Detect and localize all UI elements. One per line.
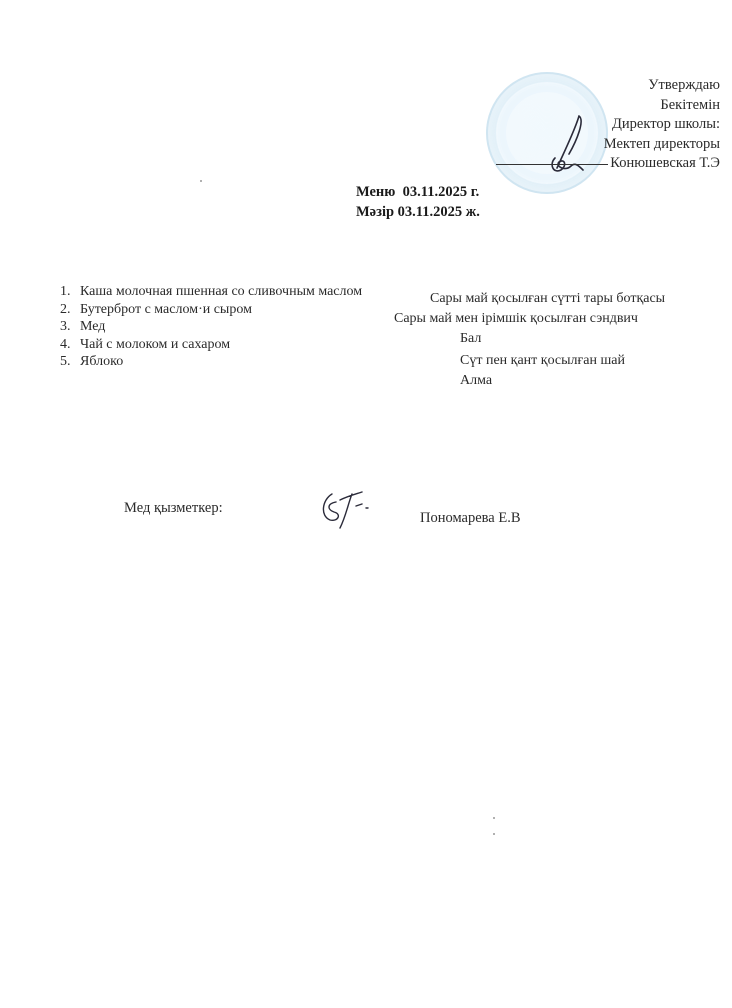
director-title-kz: Мектеп директоры (496, 135, 720, 155)
menu-item: 5.Яблоко (60, 353, 362, 371)
approval-block: Утверждаю Бекітемін Директор школы: Мект… (496, 76, 720, 174)
menu-item: 2.Бутерброт с маслом·и сыром (60, 301, 362, 319)
medical-worker-signature (318, 486, 370, 530)
menu-item-ru: Каша молочная пшенная со сливочным масло… (80, 284, 362, 299)
menu-item-kz: Бал (460, 330, 481, 348)
scan-speck (493, 817, 495, 819)
menu-item-ru: Мед (80, 319, 105, 334)
scan-speck (200, 180, 202, 182)
menu-item-ru: Яблоко (80, 354, 123, 369)
menu-title-ru: Меню 03.11.2025 г. (356, 182, 480, 202)
menu-item-ru: Чай с молоком и сахаром (80, 337, 230, 352)
menu-item-kz: Алма (460, 372, 492, 390)
menu-title-kz: Мәзір 03.11.2025 ж. (356, 202, 480, 222)
scan-speck (493, 833, 495, 835)
document-page: Утверждаю Бекітемін Директор школы: Мект… (0, 0, 732, 1008)
menu-list-ru: 1.Каша молочная пшенная со сливочным мас… (60, 283, 362, 371)
menu-item: 4.Чай с молоком и сахаром (60, 336, 362, 354)
menu-item-ru: Бутерброт с маслом·и сыром (80, 302, 252, 317)
menu-item: 1.Каша молочная пшенная со сливочным мас… (60, 283, 362, 301)
director-name: Конюшевская Т.Э (610, 155, 720, 171)
director-name-line: Конюшевская Т.Э (496, 154, 720, 174)
menu-item-kz: Сары май мен ірімшік қосылған сэндвич (394, 310, 638, 328)
menu-title: Меню 03.11.2025 г. Мәзір 03.11.2025 ж. (356, 182, 480, 222)
signature-underline (496, 164, 608, 165)
medical-worker-label: Мед қызметкер: (124, 500, 223, 517)
approval-line-kz: Бекітемін (496, 96, 720, 116)
menu-item: 3.Мед (60, 318, 362, 336)
menu-item-kz: Сары май қосылған сүтті тары ботқасы (430, 290, 665, 308)
menu-item-kz: Сүт пен қант қосылған шай (460, 352, 625, 370)
medical-worker-name: Пономарева Е.В (420, 510, 521, 527)
director-title-ru: Директор школы: (496, 115, 720, 135)
approval-line-ru: Утверждаю (496, 76, 720, 96)
